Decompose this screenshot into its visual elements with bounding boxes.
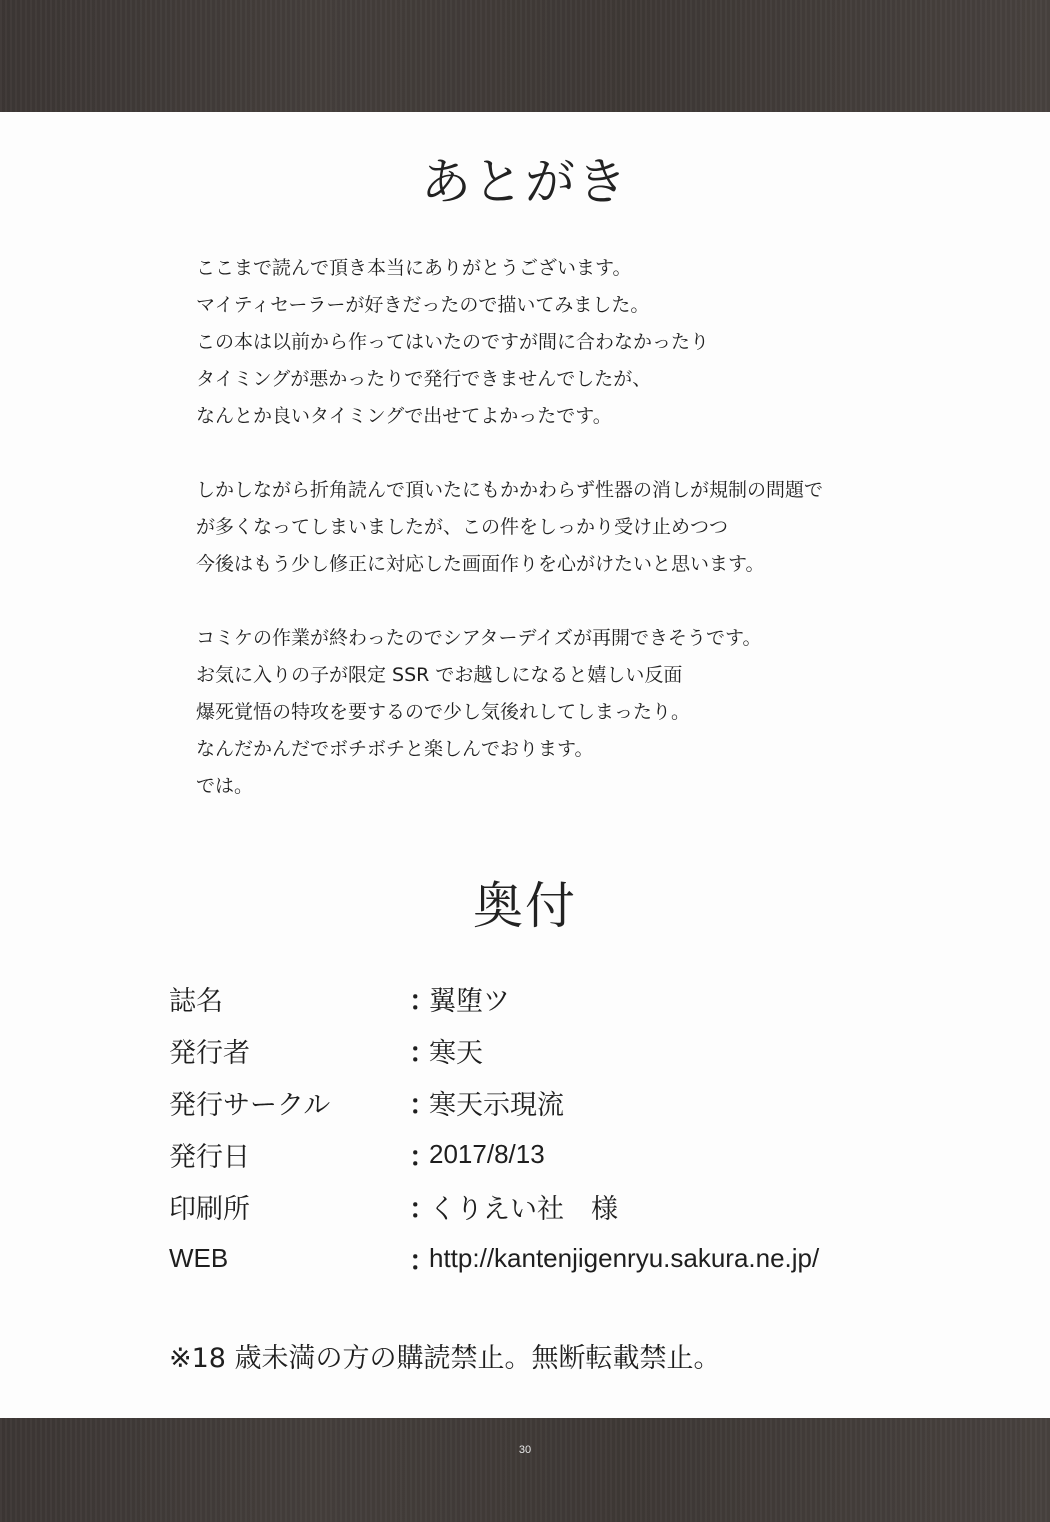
- row-value: 2017/8/13: [429, 1139, 545, 1170]
- paragraph-gap: [196, 435, 956, 472]
- row-label: 発行サークル: [169, 1083, 409, 1122]
- afterword-line: マイティセーラーが好きだったので描いてみました。: [196, 287, 956, 324]
- row-label: WEB: [169, 1243, 409, 1274]
- top-dark-band: [0, 0, 1050, 112]
- web-url: http://kantenjigenryu.sakura.ne.jp/: [429, 1243, 819, 1274]
- page-number: 30: [0, 1444, 1050, 1456]
- row-separator: ：: [409, 1239, 429, 1278]
- afterword-line: では。: [196, 768, 956, 805]
- afterword-line: しかしながら折角読んで頂いたにもかかわらず性器の消しが規制の問題で: [196, 472, 956, 509]
- afterword-line: タイミングが悪かったりで発行できませんでしたが、: [196, 361, 956, 398]
- colophon-row-date: 発行日 ： 2017/8/13: [169, 1128, 929, 1180]
- colophon-table: 誌名 ： 翼堕ツ 発行者 ： 寒天 発行サークル ： 寒天示現流 発行日 ： 2…: [169, 972, 929, 1284]
- afterword-body: ここまで読んで頂き本当にありがとうございます。 マイティセーラーが好きだったので…: [196, 250, 956, 805]
- colophon-row-title: 誌名 ： 翼堕ツ: [169, 972, 929, 1024]
- row-label: 印刷所: [169, 1187, 409, 1226]
- afterword-title: あとがき: [0, 142, 1050, 214]
- bottom-dark-band: [0, 1418, 1050, 1522]
- afterword-line: コミケの作業が終わったのでシアターデイズが再開できそうです。: [196, 620, 956, 657]
- row-separator: ：: [409, 1083, 429, 1122]
- row-value: くりえい社 様: [429, 1187, 618, 1226]
- afterword-line: 今後はもう少し修正に対応した画面作りを心がけたいと思います。: [196, 546, 956, 583]
- afterword-line: ここまで読んで頂き本当にありがとうございます。: [196, 250, 956, 287]
- row-separator: ：: [409, 1031, 429, 1070]
- row-value: 寒天示現流: [429, 1083, 564, 1122]
- paragraph-gap: [196, 583, 956, 620]
- row-value: 寒天: [429, 1031, 483, 1070]
- colophon-row-printer: 印刷所 ： くりえい社 様: [169, 1180, 929, 1232]
- row-separator: ：: [409, 1187, 429, 1226]
- afterword-line: この本は以前から作ってはいたのですが間に合わなかったり: [196, 324, 956, 361]
- row-label: 誌名: [169, 979, 409, 1018]
- afterword-line: お気に入りの子が限定 SSR でお越しになると嬉しい反面: [196, 657, 956, 694]
- colophon-title: 奥付: [0, 866, 1050, 938]
- row-label: 発行者: [169, 1031, 409, 1070]
- row-value: 翼堕ツ: [429, 979, 510, 1018]
- row-separator: ：: [409, 979, 429, 1018]
- afterword-line: なんとか良いタイミングで出せてよかったです。: [196, 398, 956, 435]
- colophon-row-web: WEB ： http://kantenjigenryu.sakura.ne.jp…: [169, 1232, 929, 1284]
- colophon-row-circle: 発行サークル ： 寒天示現流: [169, 1076, 929, 1128]
- afterword-line: 爆死覚悟の特攻を要するので少し気後れしてしまったり。: [196, 694, 956, 731]
- row-label: 発行日: [169, 1135, 409, 1174]
- afterword-line: なんだかんだでボチボチと楽しんでおります。: [196, 731, 956, 768]
- afterword-line: が多くなってしまいましたが、この件をしっかり受け止めつつ: [196, 509, 956, 546]
- age-restriction-notice: ※18 歳未満の方の購読禁止。無断転載禁止。: [169, 1336, 721, 1375]
- row-separator: ：: [409, 1135, 429, 1174]
- colophon-row-publisher: 発行者 ： 寒天: [169, 1024, 929, 1076]
